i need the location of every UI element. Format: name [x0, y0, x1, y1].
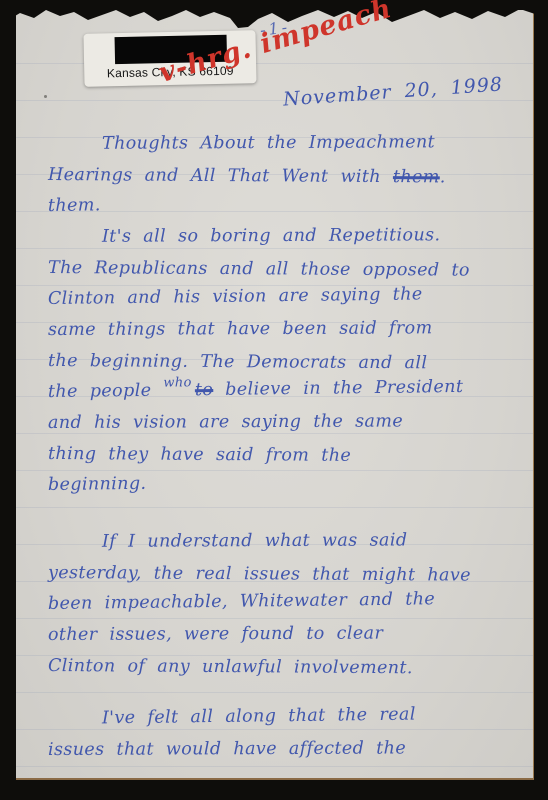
scan-border-right: [534, 0, 548, 800]
handwriting-line: and his vision are saying the same: [48, 411, 508, 444]
handwriting-line: issues that would have affected the: [48, 738, 508, 771]
paper-speck: [79, 177, 81, 179]
scan-border-bottom: [0, 780, 548, 800]
hw-text: I've felt all along that the real: [102, 705, 416, 729]
handwriting-line: If I understand what was said: [48, 530, 508, 563]
hw-text: the people: [48, 381, 164, 402]
hw-text-inserted: who: [163, 375, 192, 390]
hw-text-struck: them: [393, 167, 440, 187]
handwriting-line: the people whoto believe in the Presiden…: [48, 376, 508, 413]
hw-text-struck: to: [195, 380, 214, 400]
hw-text: beginning.: [48, 474, 147, 495]
handwriting-line: Thoughts About the Impeachment: [48, 132, 508, 165]
hw-text: believe in the President: [213, 377, 463, 400]
handwriting-line: same things that have been said from: [48, 318, 508, 351]
scan-border-left: [0, 0, 16, 800]
hw-text: If I understand what was said: [102, 530, 408, 551]
handwriting-body: Thoughts About the Impeachment Hearings …: [16, 134, 534, 771]
handwriting-line: Clinton of any unlawful involvement.: [48, 656, 508, 690]
handwriting-line: them.: [48, 190, 508, 227]
paper-speck: [44, 95, 47, 98]
hw-text: Thoughts About the Impeachment: [102, 132, 435, 153]
hw-text: Clinton and his vision are saying the: [48, 284, 423, 309]
hw-text: Hearings and All That Went with: [48, 165, 393, 187]
hw-text: .: [440, 167, 446, 187]
hw-text: It's all so boring and Repetitious.: [102, 225, 441, 246]
hw-text: issues that would have affected the: [48, 738, 406, 760]
hw-text: them.: [48, 195, 101, 216]
hw-text: same things that have been said from: [48, 318, 433, 340]
handwriting-line: been impeachable, Whitewater and the: [48, 588, 508, 625]
handwriting-line: Clinton and his vision are saying the: [48, 283, 508, 320]
handwriting-line: other issues, were found to clear: [48, 623, 508, 656]
hw-text: yesterday, the real issues that might ha…: [48, 563, 471, 586]
hw-text: been impeachable, Whitewater and the: [48, 589, 435, 614]
handwriting-line: I've felt all along that the real: [48, 703, 508, 740]
hw-text: thing they have said from the: [48, 444, 351, 466]
handwriting-line: It's all so boring and Repetitious.: [48, 225, 508, 258]
hw-text: the beginning. The Democrats and all: [48, 351, 427, 373]
hw-text: other issues, were found to clear: [48, 624, 383, 645]
hw-text: Clinton of any unlawful involvement.: [48, 656, 413, 678]
scanned-document-page: Kansas City, KS 66109 -1- v-hrg. impeach…: [0, 0, 548, 800]
hw-text: The Republicans and all those opposed to: [48, 258, 470, 281]
hw-text: and his vision are saying the same: [48, 411, 403, 433]
handwriting-line: beginning.: [48, 469, 508, 506]
